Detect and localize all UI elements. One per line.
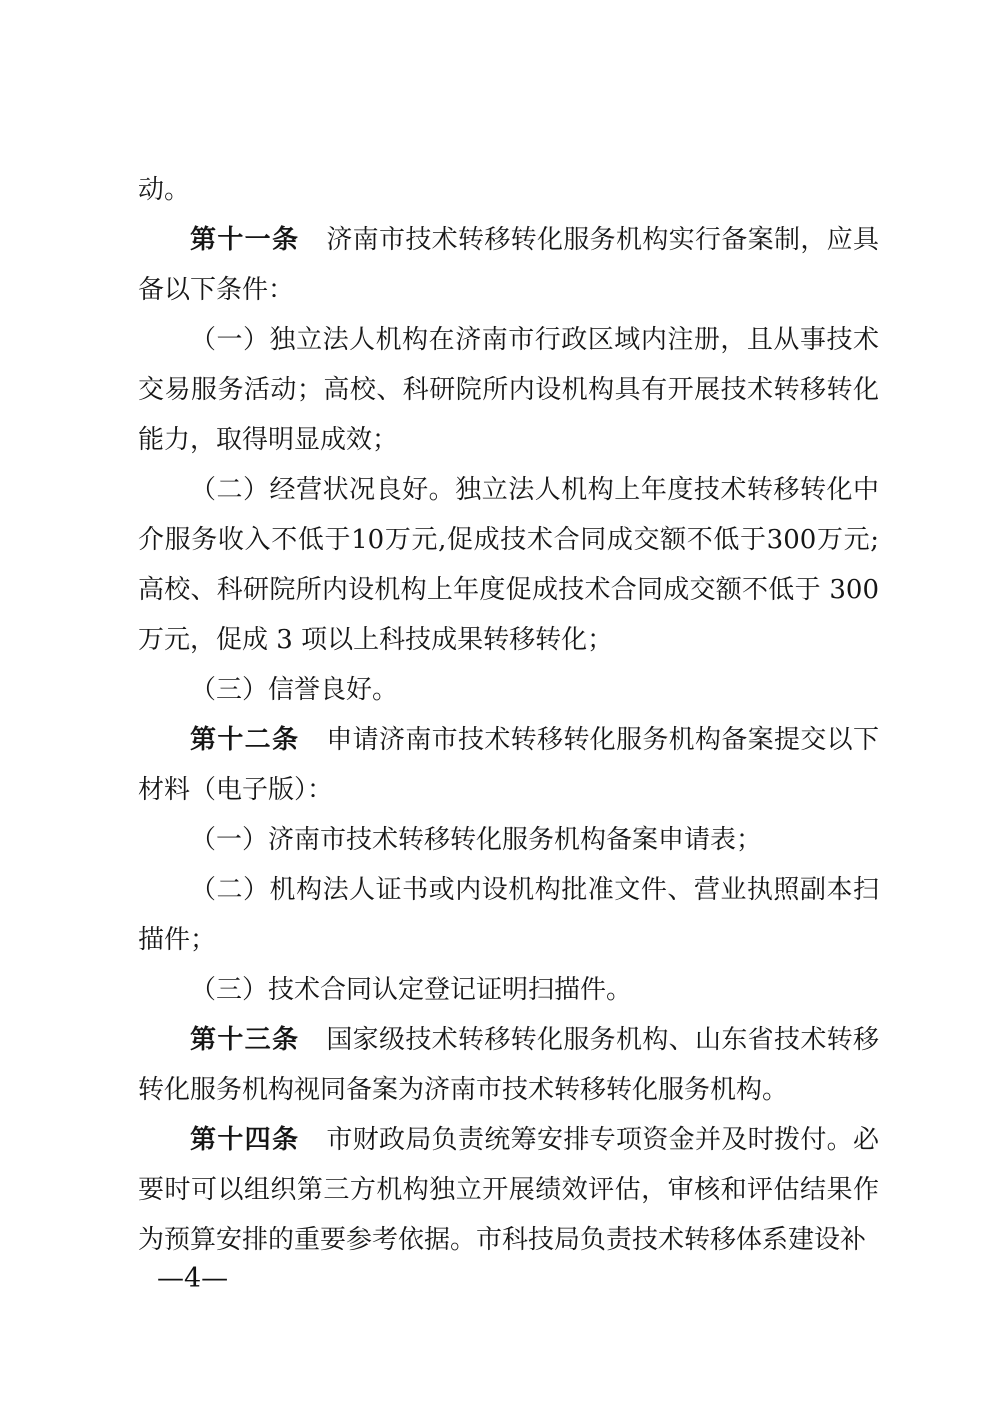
- article-14-number: 第十四条: [190, 1125, 299, 1155]
- article-11-item-3: （三）信誉良好。: [138, 665, 879, 715]
- article-12-item-3-text: （三）技术合同认定登记证明扫描件。: [190, 975, 632, 1005]
- article-12-item-2: （二）机构法人证书或内设机构批准文件、营业执照副本扫描件；: [138, 865, 879, 965]
- article-12-item-3: （三）技术合同认定登记证明扫描件。: [138, 965, 879, 1015]
- article-12-item-2-text: （二）机构法人证书或内设机构批准文件、营业执照副本扫描件；: [138, 875, 879, 955]
- article-11-item-2: （二）经营状况良好。独立法人机构上年度技术转移转化中介服务收入不低于10万元,促…: [138, 465, 879, 665]
- document-page: 动。 第十一条济南市技术转移转化服务机构实行备案制，应具备以下条件： （一）独立…: [0, 0, 1000, 1414]
- article-11-item-3-text: （三）信誉良好。: [190, 675, 398, 705]
- page-number: —4—: [157, 1262, 228, 1296]
- article-12-item-1-text: （一）济南市技术转移转化服务机构备案申请表；: [190, 825, 762, 855]
- article-12-item-1: （一）济南市技术转移转化服务机构备案申请表；: [138, 815, 879, 865]
- article-11-item-1: （一）独立法人机构在济南市行政区域内注册，且从事技术交易服务活动；高校、科研院所…: [138, 315, 879, 465]
- article-11-item-2-text: （二）经营状况良好。独立法人机构上年度技术转移转化中介服务收入不低于10万元,促…: [138, 475, 879, 655]
- paragraph-carryover-text: 动。: [138, 175, 190, 205]
- document-body: 动。 第十一条济南市技术转移转化服务机构实行备案制，应具备以下条件： （一）独立…: [138, 165, 879, 1265]
- article-13-number: 第十三条: [190, 1025, 299, 1055]
- article-12-number: 第十二条: [190, 725, 299, 755]
- article-11-item-1-text: （一）独立法人机构在济南市行政区域内注册，且从事技术交易服务活动；高校、科研院所…: [138, 325, 879, 455]
- article-11: 第十一条济南市技术转移转化服务机构实行备案制，应具备以下条件：: [138, 215, 879, 315]
- article-11-number: 第十一条: [190, 225, 299, 255]
- paragraph-carryover: 动。: [138, 165, 879, 215]
- article-12: 第十二条申请济南市技术转移转化服务机构备案提交以下材料（电子版）：: [138, 715, 879, 815]
- article-13: 第十三条国家级技术转移转化服务机构、山东省技术转移转化服务机构视同备案为济南市技…: [138, 1015, 879, 1115]
- article-14: 第十四条市财政局负责统筹安排专项资金并及时拨付。必要时可以组织第三方机构独立开展…: [138, 1115, 879, 1265]
